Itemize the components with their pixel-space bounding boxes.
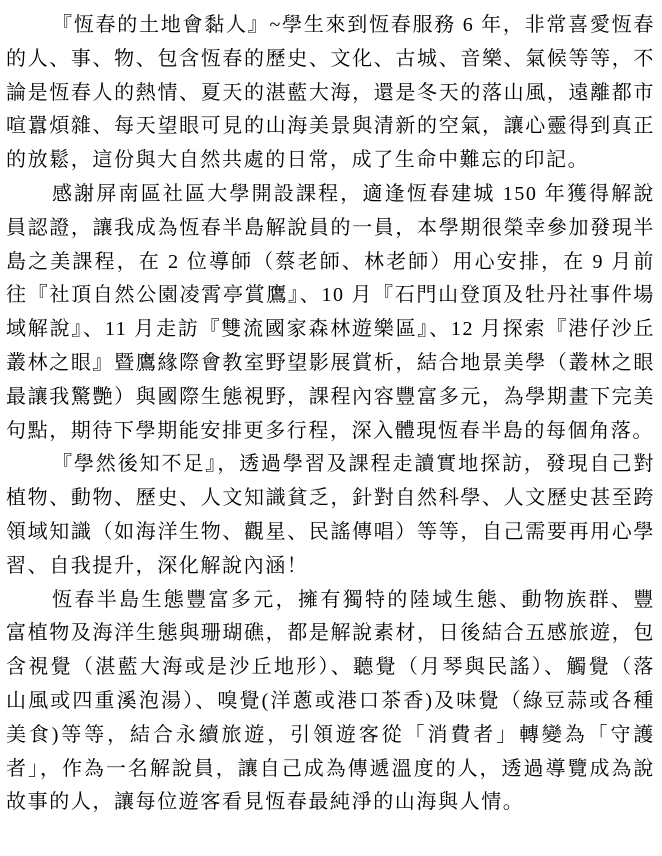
paragraph-learning-reflection: 『學然後知不足』，透過學習及課程走讀實地探訪，發現自己對植物、動物、歷史、人文知…: [6, 448, 655, 583]
document-page: 『恆春的土地會黏人』~學生來到恆春服務 6 年，非常喜愛恆春的人、事、物、包含恆…: [0, 0, 662, 856]
paragraph-ecology-vision: 恆春半島生態豐富多元，擁有獨特的陸域生態、動物族群、豐富植物及海洋生態與珊瑚礁，…: [6, 584, 655, 821]
paragraph-course-thanks: 感謝屏南區社區大學開設課程，適逢恆春建城 150 年獲得解說員認證，讓我成為恆春…: [6, 178, 655, 448]
paragraph-hengchun-intro: 『恆春的土地會黏人』~學生來到恆春服務 6 年，非常喜愛恆春的人、事、物、包含恆…: [6, 9, 655, 178]
